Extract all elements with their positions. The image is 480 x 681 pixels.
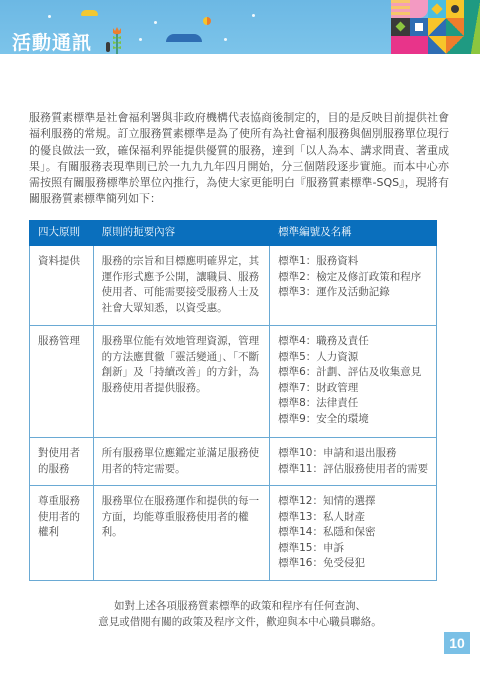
decorative-mosaic xyxy=(391,0,480,54)
table-row: 尊重服務使用者的權利 服務單位在服務運作和提供的每一方面，均能尊重服務使用者的權… xyxy=(30,486,437,581)
sun-icon xyxy=(203,17,211,25)
closing-line-2: 意見或借閱有關的政策及程序文件，歡迎與本中心職員聯絡。 xyxy=(0,614,480,630)
table-row: 對使用者的服務 所有服務單位應鑑定並滿足服務使用者的特定需要。 標準10：申請和… xyxy=(30,438,437,486)
wheat-icon xyxy=(106,42,110,52)
standard-item: 標準12：知情的選擇 xyxy=(278,494,428,510)
standard-item: 標準6：計劃、評估及收集意見 xyxy=(278,365,428,381)
star-icon xyxy=(224,38,227,41)
principle-cell: 尊重服務使用者的權利 xyxy=(30,486,94,581)
standard-item: 標準14：私隱和保密 xyxy=(278,525,428,541)
closing-line-1: 如對上述各項服務質素標準的政策和程序有任何查詢、 xyxy=(0,598,480,614)
header-principle: 四大原則 xyxy=(30,221,94,246)
intro-paragraph: 服務質素標準是社會福利署與非政府機構代表協商後制定的，目的是反映目前提供社會福利… xyxy=(29,110,449,208)
standards-cell: 標準10：申請和退出服務 標準11：評估服務使用者的需要 xyxy=(270,438,437,486)
standards-cell: 標準4：職務及責任 標準5：人力資源 標準6：計劃、評估及收集意見 標準7：財政… xyxy=(270,326,437,438)
standards-cell: 標準1：服務資料 標準2：檢定及修訂政策和程序 標準3：運作及活動記錄 xyxy=(270,246,437,326)
standard-item: 標準15：申訴 xyxy=(278,541,428,557)
closing-note: 如對上述各項服務質素標準的政策和程序有任何查詢、 意見或借閱有關的政策及程序文件… xyxy=(0,598,480,630)
page-number-badge: 10 xyxy=(444,632,470,654)
section-title: 活動通訊 xyxy=(12,32,92,54)
flower-icon xyxy=(111,27,123,54)
standard-item: 標準9：安全的環境 xyxy=(278,412,428,428)
header-banner: 活動通訊 xyxy=(0,0,480,54)
table-row: 服務管理 服務單位能有效地管理資源，管理的方法應貫徹「靈活變通」、「不斷創新」及… xyxy=(30,326,437,438)
table-row: 資料提供 服務的宗旨和目標應明確界定，其運作形式應予公開，讓職員、服務使用者、可… xyxy=(30,246,437,326)
summary-cell: 所有服務單位應鑑定並滿足服務使用者的特定需要。 xyxy=(93,438,269,486)
star-icon xyxy=(252,14,255,17)
standard-item: 標準10：申請和退出服務 xyxy=(278,446,428,462)
standard-item: 標準3：運作及活動記錄 xyxy=(278,285,428,301)
table-header-row: 四大原則 原則的扼要內容 標準編號及名稱 xyxy=(30,221,437,246)
hill-icon xyxy=(166,34,202,42)
standard-item: 標準13：私人財產 xyxy=(278,510,428,526)
star-icon xyxy=(48,15,51,18)
standard-item: 標準4：職務及責任 xyxy=(278,334,428,350)
summary-cell: 服務的宗旨和目標應明確界定，其運作形式應予公開，讓職員、服務使用者、可能需要接受… xyxy=(93,246,269,326)
summary-cell: 服務單位在服務運作和提供的每一方面，均能尊重服務使用者的權利。 xyxy=(93,486,269,581)
standards-table: 四大原則 原則的扼要內容 標準編號及名稱 資料提供 服務的宗旨和目標應明確界定，… xyxy=(29,220,437,581)
standard-item: 標準1：服務資料 xyxy=(278,254,428,270)
standard-item: 標準11：評估服務使用者的需要 xyxy=(278,462,428,478)
header-standards: 標準編號及名稱 xyxy=(270,221,437,246)
standard-item: 標準8：法律責任 xyxy=(278,396,428,412)
star-icon xyxy=(139,38,142,41)
principle-cell: 服務管理 xyxy=(30,326,94,438)
header-summary: 原則的扼要內容 xyxy=(93,221,269,246)
summary-cell: 服務單位能有效地管理資源，管理的方法應貫徹「靈活變通」、「不斷創新」及「持續改善… xyxy=(93,326,269,438)
cloud-icon xyxy=(81,10,98,16)
standard-item: 標準5：人力資源 xyxy=(278,350,428,366)
principle-cell: 對使用者的服務 xyxy=(30,438,94,486)
standard-item: 標準2：檢定及修訂政策和程序 xyxy=(278,270,428,286)
standard-item: 標準16：免受侵犯 xyxy=(278,556,428,572)
star-icon xyxy=(154,21,157,24)
principle-cell: 資料提供 xyxy=(30,246,94,326)
standard-item: 標準7：財政管理 xyxy=(278,381,428,397)
standards-cell: 標準12：知情的選擇 標準13：私人財產 標準14：私隱和保密 標準15：申訴 … xyxy=(270,486,437,581)
